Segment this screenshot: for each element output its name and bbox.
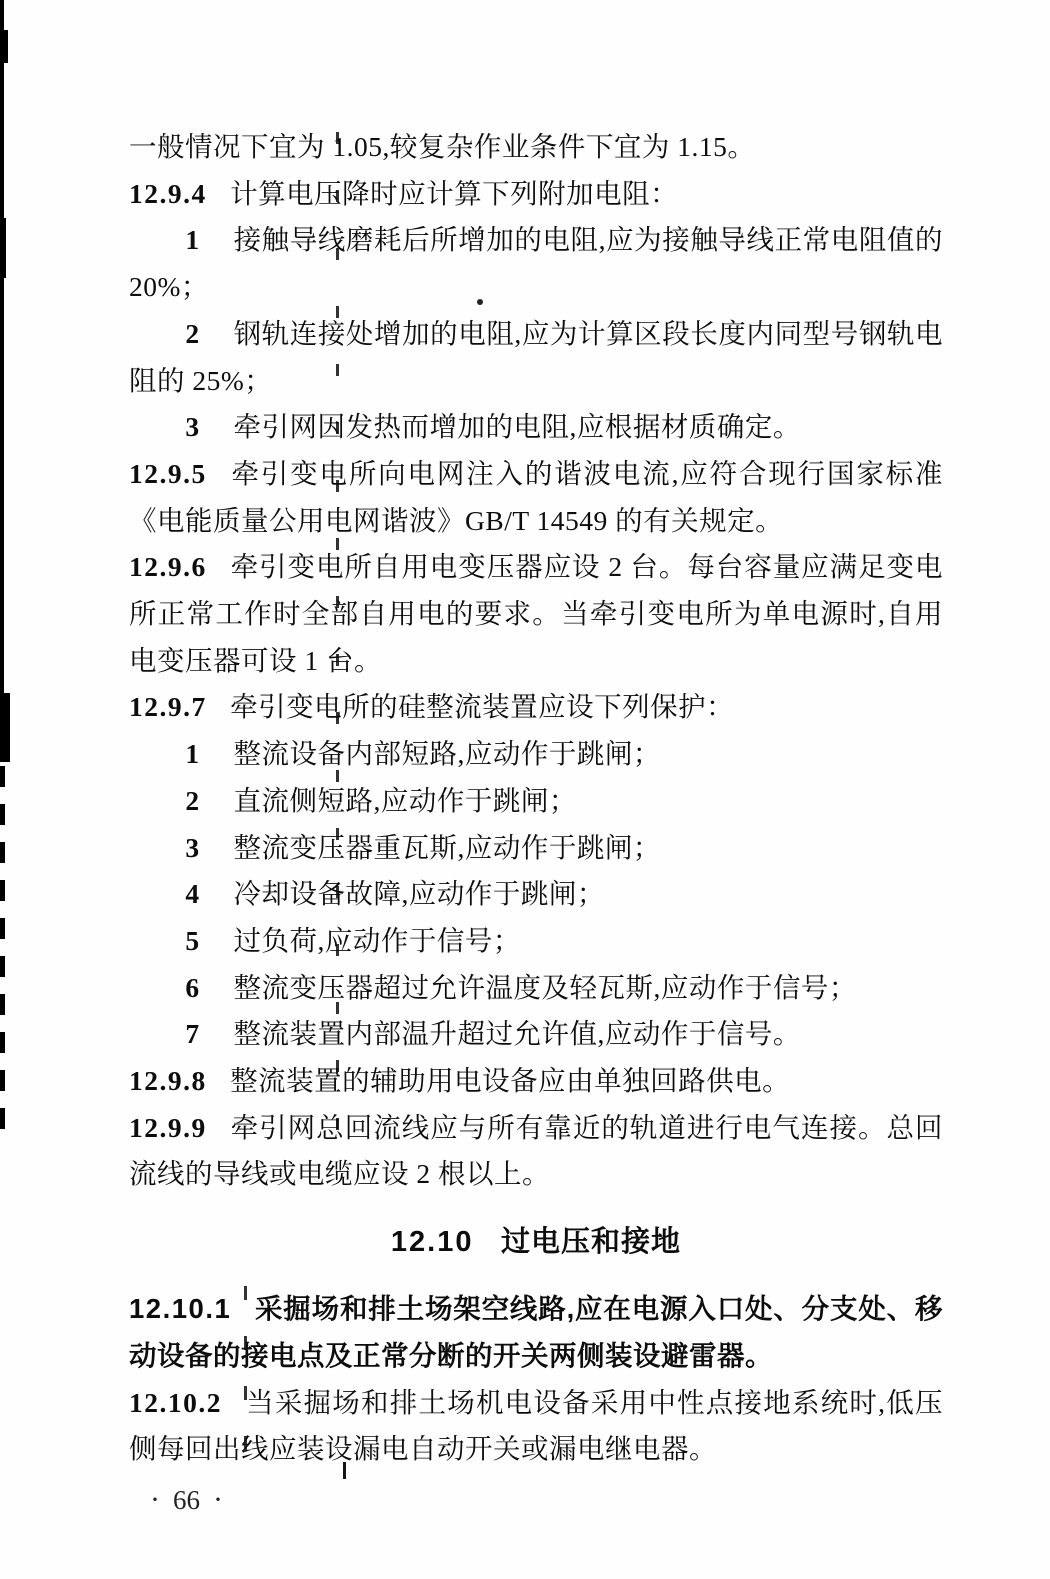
scanned-document-page: 一般情况下宜为 1.05,较复杂作业条件下宜为 1.15。 12.9.4计算电压… <box>0 0 1050 1579</box>
protection-item-3: 3整流变压器重瓦斯,应动作于跳闸； <box>129 825 943 872</box>
clause-number: 12.9.7 <box>129 691 207 722</box>
protection-item-4: 4冷却设备故障,应动作于跳闸； <box>129 871 943 918</box>
clause-text: 当采掘场和排土场机电设备采用中性点接地系统时,低压侧每回出线应装设漏电自动开关或… <box>129 1387 943 1465</box>
clause-text: 牵引变电所的硅整流装置应设下列保护： <box>230 691 734 722</box>
protection-item-1: 1整流设备内部短路,应动作于跳闸； <box>129 731 943 778</box>
item-number: 7 <box>185 1018 199 1049</box>
clause-text: 牵引网总回流线应与所有靠近的轨道进行电气连接。总回流线的导线或电缆应设 2 根以… <box>129 1112 943 1190</box>
item-number: 6 <box>185 972 199 1003</box>
item-text: 整流设备内部短路,应动作于跳闸； <box>234 738 661 769</box>
clause-12-10-1: 12.10.1采掘场和排土场架空线路,应在电源入口处、分支处、移动设备的接电点及… <box>129 1286 943 1379</box>
item-text: 钢轨连接处增加的电阻,应为计算区段长度内同型号钢轨电阻的 25%； <box>129 318 943 396</box>
section-heading-12-10: 12.10过电压和接地 <box>129 1219 943 1266</box>
clause-number: 12.10.1 <box>129 1293 231 1324</box>
left-edge-dash-artifact <box>0 766 5 1140</box>
item-text: 冷却设备故障,应动作于跳闸； <box>234 878 605 909</box>
protection-item-6: 6整流变压器超过允许温度及轻瓦斯,应动作于信号； <box>129 965 943 1012</box>
item-number: 1 <box>185 224 199 255</box>
paragraph-continuation: 一般情况下宜为 1.05,较复杂作业条件下宜为 1.15。 <box>129 124 943 171</box>
clause-text: 整流装置的辅助用电设备应由单独回路供电。 <box>230 1065 790 1096</box>
clause-number: 12.9.9 <box>129 1112 207 1143</box>
list-item-2: 2钢轨连接处增加的电阻,应为计算区段长度内同型号钢轨电阻的 25%； <box>129 311 943 404</box>
left-edge-bump-artifact <box>0 693 10 762</box>
clause-12-9-9: 12.9.9牵引网总回流线应与所有靠近的轨道进行电气连接。总回流线的导线或电缆应… <box>129 1105 943 1198</box>
item-text: 牵引网因发热而增加的电阻,应根据材质确定。 <box>234 411 801 442</box>
left-edge-bump-artifact <box>0 218 6 278</box>
list-item-3: 3牵引网因发热而增加的电阻,应根据材质确定。 <box>129 404 943 451</box>
item-number: 3 <box>185 411 199 442</box>
page-footer: · 66 · <box>150 1484 223 1516</box>
protection-item-5: 5过负荷,应动作于信号； <box>129 918 943 965</box>
clause-12-9-7: 12.9.7牵引变电所的硅整流装置应设下列保护： <box>129 684 943 731</box>
item-text: 整流变压器重瓦斯,应动作于跳闸； <box>234 832 661 863</box>
clause-12-9-8: 12.9.8整流装置的辅助用电设备应由单独回路供电。 <box>129 1058 943 1105</box>
item-text: 过负荷,应动作于信号； <box>234 925 521 956</box>
left-edge-bump-artifact <box>0 30 8 63</box>
clause-number: 12.9.4 <box>129 178 207 209</box>
document-text-column: 一般情况下宜为 1.05,较复杂作业条件下宜为 1.15。 12.9.4计算电压… <box>129 124 943 1473</box>
clause-number: 12.9.6 <box>129 551 207 582</box>
page-number: 66 <box>173 1484 200 1516</box>
item-text: 接触导线磨耗后所增加的电阻,应为接触导线正常电阻值的 20%； <box>129 224 943 302</box>
list-item-1: 1接触导线磨耗后所增加的电阻,应为接触导线正常电阻值的 20%； <box>129 217 943 310</box>
clause-text: 计算电压降时应计算下列附加电阻： <box>230 178 678 209</box>
protection-item-7: 7整流装置内部温升超过允许值,应动作于信号。 <box>129 1011 943 1058</box>
footer-right-dot: · <box>213 1484 223 1516</box>
item-number: 4 <box>185 878 199 909</box>
clause-text: 牵引变电所向电网注入的谐波电流,应符合现行国家标准《电能质量公用电网谐波》GB/… <box>129 458 943 536</box>
footer-left-dot: · <box>150 1484 160 1516</box>
clause-number: 12.9.8 <box>129 1065 207 1096</box>
item-number: 2 <box>185 785 199 816</box>
clause-12-9-4: 12.9.4计算电压降时应计算下列附加电阻： <box>129 171 943 218</box>
item-text: 整流变压器超过允许温度及轻瓦斯,应动作于信号； <box>234 972 857 1003</box>
item-number: 5 <box>185 925 199 956</box>
item-text: 整流装置内部温升超过允许值,应动作于信号。 <box>234 1018 801 1049</box>
clause-12-9-5: 12.9.5牵引变电所向电网注入的谐波电流,应符合现行国家标准《电能质量公用电网… <box>129 451 943 544</box>
clause-12-10-2: 12.10.2当采掘场和排土场机电设备采用中性点接地系统时,低压侧每回出线应装设… <box>129 1380 943 1473</box>
section-number: 12.10 <box>391 1226 474 1258</box>
paragraph-text: 一般情况下宜为 1.05,较复杂作业条件下宜为 1.15。 <box>129 131 755 162</box>
section-title: 过电压和接地 <box>501 1226 681 1258</box>
item-text: 直流侧短路,应动作于跳闸； <box>234 785 577 816</box>
item-number: 1 <box>185 738 199 769</box>
item-number: 3 <box>185 832 199 863</box>
left-binding-edge-artifact <box>0 0 4 746</box>
protection-item-2: 2直流侧短路,应动作于跳闸； <box>129 778 943 825</box>
clause-text: 采掘场和排土场架空线路,应在电源入口处、分支处、移动设备的接电点及正常分断的开关… <box>129 1293 943 1371</box>
clause-number: 12.10.2 <box>129 1387 222 1418</box>
item-number: 2 <box>185 318 199 349</box>
clause-12-9-6: 12.9.6牵引变电所自用电变压器应设 2 台。每台容量应满足变电所正常工作时全… <box>129 544 943 684</box>
clause-text: 牵引变电所自用电变压器应设 2 台。每台容量应满足变电所正常工作时全部自用电的要… <box>129 551 943 675</box>
clause-number: 12.9.5 <box>129 458 207 489</box>
